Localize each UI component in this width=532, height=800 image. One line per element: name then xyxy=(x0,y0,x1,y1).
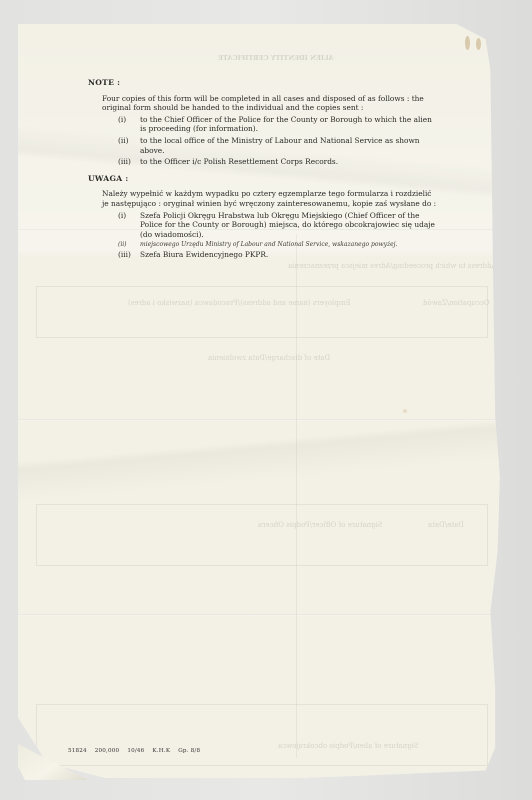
printer-imprint: 51824 200,000 10/46 K.H.K Gp. 8/8 xyxy=(68,748,206,754)
item-number: (iii) xyxy=(118,250,140,260)
item-text: to the local office of the Ministry of L… xyxy=(140,136,440,155)
bleed-through-title: ALIEN IDENTITY CERTIFICATE xyxy=(218,54,334,62)
item-text: miejscowego Urzędu Ministry of Labour an… xyxy=(140,241,397,248)
item-number: (i) xyxy=(118,211,140,240)
instructions-block: NOTE : Four copies of this form will be … xyxy=(88,78,440,260)
note-item: (ii) to the local office of the Ministry… xyxy=(118,136,440,155)
bleed-through-box xyxy=(36,286,488,338)
note-item: (iii) to the Officer i/c Polish Resettle… xyxy=(118,157,440,167)
uwaga-heading: UWAGA : xyxy=(88,174,440,184)
note-intro: Four copies of this form will be complet… xyxy=(102,94,440,113)
imprint-date: 10/46 xyxy=(127,748,144,754)
item-text: Szefa Policji Okręgu Hrabstwa lub Okręgu… xyxy=(140,211,440,240)
uwaga-intro: Należy wypełnić w każdym wypadku po czte… xyxy=(102,189,440,208)
imprint-form-number: 51824 xyxy=(68,748,87,754)
bleed-through-line: Date of discharge/Data zwolnienia xyxy=(208,354,330,362)
note-item: (i) to the Chief Officer of the Police f… xyxy=(118,115,440,134)
fold-line xyxy=(18,614,500,616)
uwaga-item: (iii) Szefa Biura Ewidencyjnego PKPR. xyxy=(118,250,440,260)
item-number: (ii) xyxy=(118,241,140,248)
rust-stain xyxy=(465,36,470,50)
item-text: Szefa Biura Ewidencyjnego PKPR. xyxy=(140,250,268,260)
item-text: to the Officer i/c Polish Resettlement C… xyxy=(140,157,338,167)
fold-line xyxy=(18,419,500,421)
bleed-through-box xyxy=(36,504,488,566)
imprint-quantity: 200,000 xyxy=(95,748,120,754)
rust-stain xyxy=(476,38,481,50)
item-text: to the Chief Officer of the Police for t… xyxy=(140,115,440,134)
item-number: (iii) xyxy=(118,157,140,167)
imprint-group: Gp. 8/8 xyxy=(178,748,200,754)
rust-stain xyxy=(403,409,407,413)
uwaga-item: (ii) miejscowego Urzędu Ministry of Labo… xyxy=(118,241,440,248)
bleed-through-box xyxy=(36,704,488,766)
bleed-through-line: Address to which proceeding/Adres miejsc… xyxy=(288,262,497,270)
imprint-printer: K.H.K xyxy=(152,748,170,754)
uwaga-item: (i) Szefa Policji Okręgu Hrabstwa lub Ok… xyxy=(118,211,440,240)
item-number: (ii) xyxy=(118,136,140,155)
item-number: (i) xyxy=(118,115,140,134)
note-heading: NOTE : xyxy=(88,78,440,88)
